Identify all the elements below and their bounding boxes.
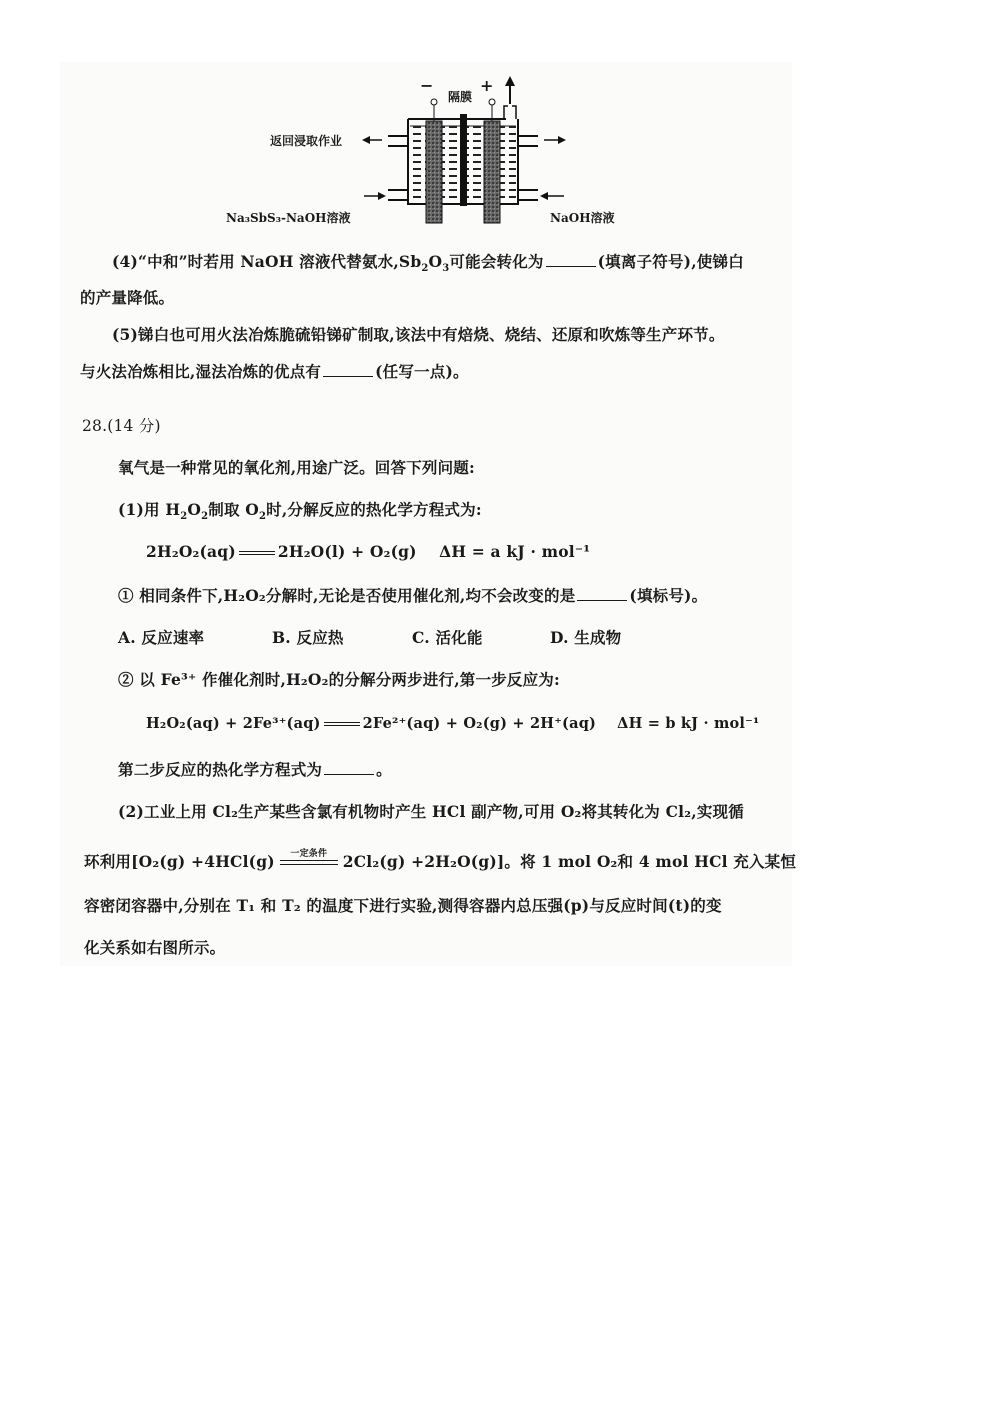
electrolysis-cell-diagram: − + 隔膜 返回浸取作业 Na₃SbS₃-NaOH溶液 NaOH溶液 bbox=[268, 74, 628, 234]
option-c: C. 活化能 bbox=[412, 628, 483, 648]
option-a: A. 反应速率 bbox=[118, 628, 204, 648]
q28-intro: 氧气是一种常见的氧化剂,用途广泛。回答下列问题: bbox=[118, 458, 475, 478]
q28-part2-line1: (2)工业上用 Cl₂生产某些含氯有机物时产生 HCl 副产物,可用 O₂将其转… bbox=[118, 802, 744, 822]
negative-terminal-sign: − bbox=[420, 76, 433, 95]
option-d: D. 生成物 bbox=[550, 628, 621, 648]
equation-2: H₂O₂(aq) + 2Fe³⁺(aq)2Fe²⁺(aq) + O₂(g) + … bbox=[146, 714, 760, 734]
q28-header: 28.(14 分) bbox=[82, 416, 161, 436]
q5-line1: (5)锑白也可用火法冶炼脆硫铅锑矿制取,该法中有焙烧、烧结、还原和吹炼等生产环节… bbox=[112, 325, 725, 345]
equals-sign-icon bbox=[324, 722, 360, 726]
q28-part1: (1)用 H2O2制取 O2时,分解反应的热化学方程式为: bbox=[118, 500, 482, 520]
q4-line2: 的产量降低。 bbox=[80, 288, 174, 308]
q28-sub1: ① 相同条件下,H₂O₂分解时,无论是否使用催化剂,均不会改变的是(填标号)。 bbox=[118, 586, 707, 606]
answer-blank[interactable] bbox=[577, 586, 627, 601]
q28-part2-line2: 环利用[O₂(g) +4HCl(g)一定条件2Cl₂(g) +2H₂O(g)]。… bbox=[84, 852, 796, 872]
q28-part2-line3: 容密闭容器中,分别在 T₁ 和 T₂ 的温度下进行实验,测得容器内总压强(p)与… bbox=[84, 896, 722, 916]
answer-blank[interactable] bbox=[323, 362, 373, 377]
q4-line1: (4)“中和”时若用 NaOH 溶液代替氨水,Sb2O3可能会转化为(填离子符号… bbox=[112, 252, 744, 272]
q28-part2-line4: 化关系如右图所示。 bbox=[84, 938, 225, 958]
q5-line2: 与火法冶炼相比,湿法冶炼的优点有(任写一点)。 bbox=[80, 362, 469, 382]
answer-blank[interactable] bbox=[546, 252, 596, 267]
equals-sign-icon bbox=[239, 551, 275, 555]
q28-sub2: ② 以 Fe³⁺ 作催化剂时,H₂O₂的分解分两步进行,第一步反应为: bbox=[118, 670, 560, 690]
outlet-left-label: 返回浸取作业 bbox=[270, 132, 342, 149]
membrane-label: 隔膜 bbox=[448, 88, 472, 105]
inlet-left-label: Na₃SbS₃-NaOH溶液 bbox=[226, 209, 351, 226]
q28-sub2-question: 第二步反应的热化学方程式为。 bbox=[118, 760, 392, 780]
equation-1: 2H₂O₂(aq)2H₂O(l) + O₂(g) ΔH = a kJ · mol… bbox=[146, 542, 590, 562]
answer-blank[interactable] bbox=[324, 760, 374, 775]
inlet-right-label: NaOH溶液 bbox=[550, 209, 615, 226]
reversible-arrow-icon: 一定条件 bbox=[278, 854, 340, 872]
option-b: B. 反应热 bbox=[272, 628, 344, 648]
positive-terminal-sign: + bbox=[480, 76, 493, 95]
